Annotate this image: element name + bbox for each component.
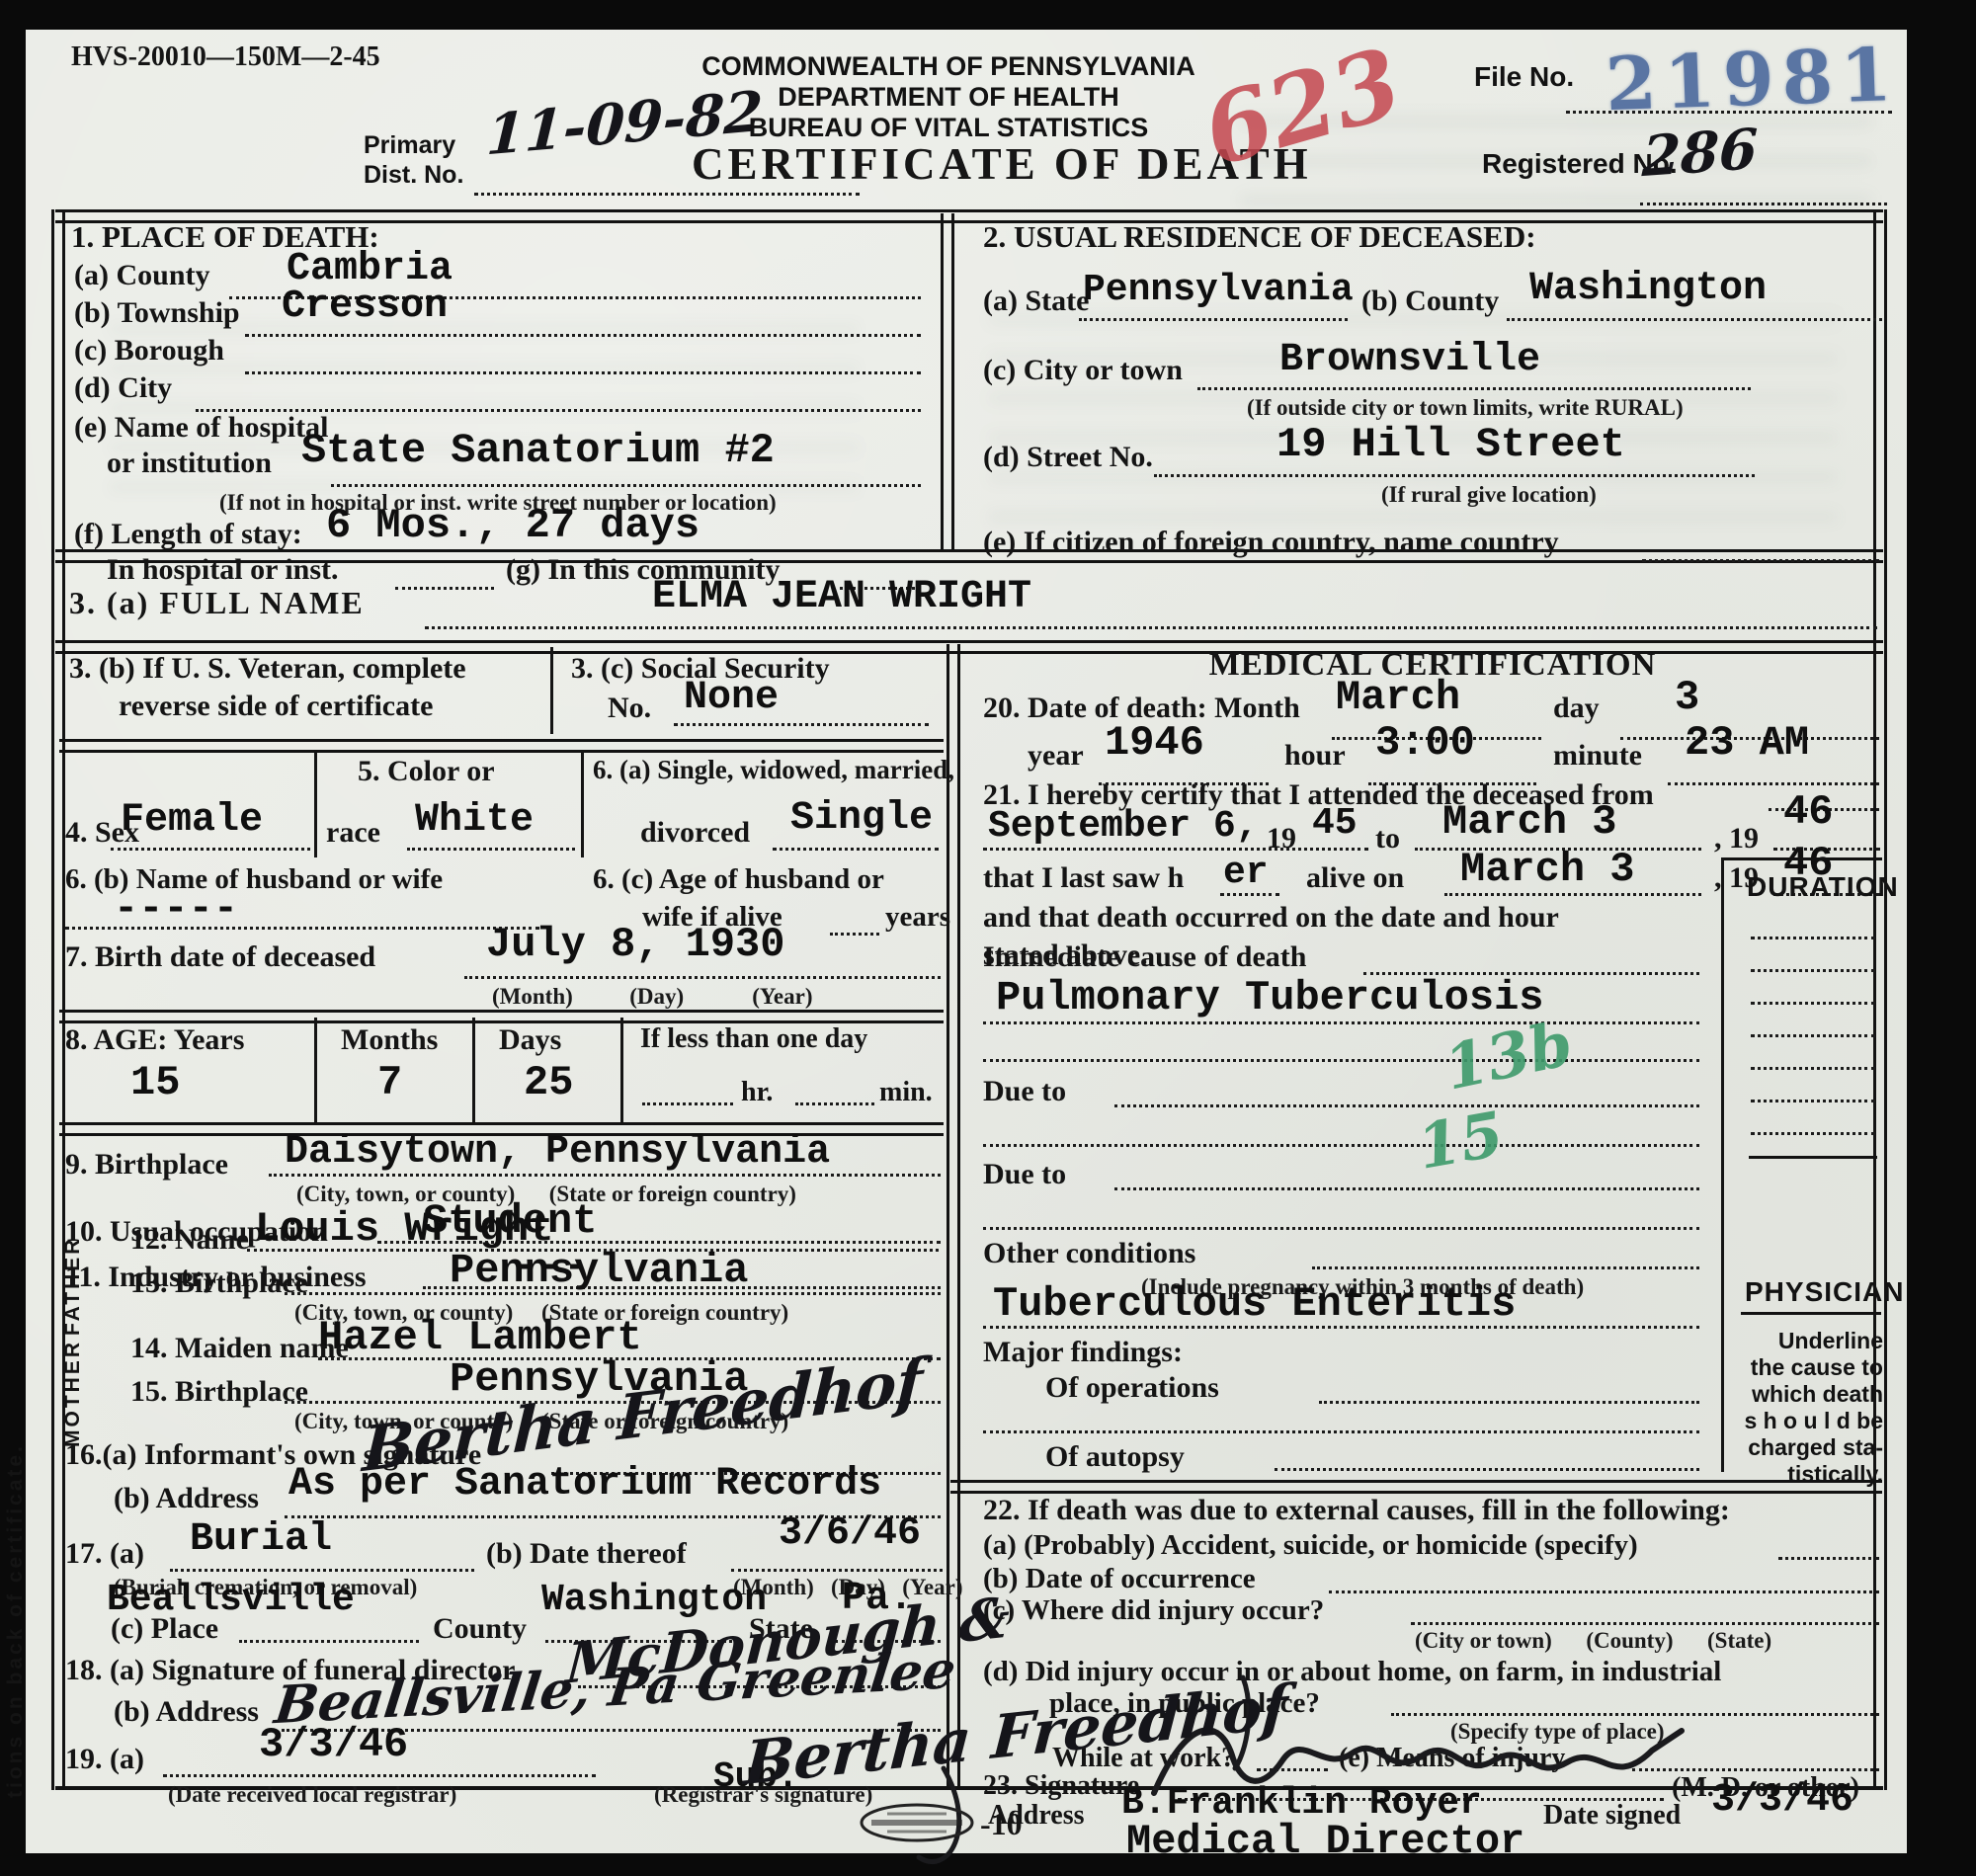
agency-block: COMMONWEALTH OF PENNSYLVANIA DEPARTMENT … — [692, 51, 1205, 143]
cell-divider — [314, 751, 317, 857]
duration-dotted-line — [1751, 937, 1875, 939]
veteran-label-2: reverse side of certificate — [119, 690, 433, 723]
file-no-stamp: 21981 — [1605, 33, 1901, 127]
left-border-rule — [51, 209, 65, 1790]
duration-dotted-line — [1751, 1034, 1875, 1037]
birthdate-label: 7. Birth date of deceased — [65, 940, 375, 974]
dotted-line — [983, 1227, 1699, 1230]
dotted-line — [65, 927, 539, 930]
dotted-line — [1391, 1713, 1879, 1716]
due-to-2-code: 15 — [1412, 1098, 1509, 1183]
birthplace-value: Daisytown, Pennsylvania — [285, 1130, 830, 1175]
dotted-line — [1220, 893, 1279, 896]
age-months-value: 7 — [377, 1059, 402, 1106]
dotted-line — [1507, 318, 1882, 321]
dotted-line — [1114, 1104, 1699, 1107]
age-hr-label: hr. — [741, 1077, 773, 1108]
s22-e-label: (e) Means of injury — [1339, 1743, 1565, 1774]
saw-line: that I last saw h — [983, 861, 1184, 895]
saw-value: March 3 — [1460, 846, 1634, 893]
scanned-death-certificate: HVS-20010—150M—2-45 Primary Dist. No. 11… — [0, 0, 1976, 1876]
s1-township-value: Cresson — [282, 285, 448, 329]
primary-dist-label-2: Dist. No. — [364, 161, 463, 190]
dotted-line — [642, 1102, 733, 1105]
father-birthplace-value: Pennsylvania — [450, 1247, 748, 1294]
dod-day-value: 3 — [1675, 674, 1699, 721]
immediate-cause-value: Pulmonary Tuberculosis — [996, 974, 1544, 1021]
s19-label: 19. (a) — [65, 1743, 144, 1776]
file-no-label: File No. — [1474, 61, 1574, 93]
age-label: 8. AGE: Years — [65, 1023, 244, 1057]
duration-dotted-line — [1751, 1067, 1875, 1070]
date-thereof-value: 3/6/46 — [779, 1511, 921, 1556]
s2-street-hint: (If rural give location) — [1381, 482, 1597, 508]
ssn-value: None — [684, 676, 779, 720]
right-border-rule — [1873, 209, 1887, 1790]
mother-maiden-label: 14. Maiden name — [130, 1332, 349, 1365]
medical-director-value: Medical Director — [1126, 1818, 1524, 1865]
s2-title: 2. USUAL RESIDENCE OF DECEASED: — [983, 219, 1536, 255]
s2-county-value: Washington — [1529, 267, 1767, 311]
s17-value: Burial — [190, 1517, 332, 1562]
age-husband-label: 6. (c) Age of husband or — [593, 863, 884, 896]
dotted-line — [1632, 1768, 1879, 1771]
s22-d-hint: (Specify type of place) — [1450, 1719, 1665, 1745]
dod-day-label: day — [1553, 692, 1600, 725]
duration-label: DURATION — [1747, 871, 1899, 903]
autopsy-label: Of autopsy — [1045, 1440, 1185, 1474]
dotted-line — [773, 848, 939, 851]
age-min-label: min. — [879, 1077, 933, 1108]
dotted-line — [425, 626, 1877, 629]
physician-label: PHYSICIAN — [1745, 1276, 1904, 1308]
dotted-line — [1319, 1401, 1699, 1404]
s22-c-hints: (City or town) (County) (State) — [1415, 1628, 1771, 1654]
date-thereof-label: (b) Date thereof — [486, 1537, 687, 1571]
s17-label: 17. (a) — [65, 1537, 144, 1571]
date-signed-value: 3/3/46 — [1711, 1778, 1853, 1823]
divorced-label: divorced — [640, 816, 750, 850]
dotted-line — [983, 1059, 1699, 1062]
mother-birthplace-label: 15. Birthplace — [130, 1375, 308, 1409]
father-group-label: FATHER — [61, 1217, 85, 1336]
birthplace-label: 9. Birthplace — [65, 1148, 228, 1182]
dotted-line — [464, 976, 941, 979]
s1-hospital-label-1: (e) Name of hospital — [74, 411, 328, 445]
registered-no-value: 286 — [1641, 117, 1759, 190]
dotted-line — [731, 1569, 943, 1572]
physician-underline — [1741, 1312, 1881, 1315]
marital-value: Single — [790, 796, 933, 841]
dod-year-value: 1946 — [1105, 719, 1204, 767]
age-months-label: Months — [341, 1023, 438, 1057]
s2-city-label: (c) City or town — [983, 354, 1183, 387]
to-label: to — [1375, 822, 1400, 856]
dotted-line — [239, 1640, 419, 1643]
row-divider — [950, 1480, 1882, 1494]
saw-er-value: er — [1223, 852, 1269, 894]
dod-month-value: March — [1336, 674, 1460, 721]
age-days-label: Days — [499, 1023, 561, 1057]
s1-stay-sub-label: In hospital or inst. — [107, 553, 339, 587]
s1-stay-label: (f) Length of stay: — [74, 518, 302, 551]
attended-to-year: 46 — [1783, 788, 1833, 836]
dod-hour-value: 3:00 — [1375, 719, 1475, 767]
dotted-line — [983, 1326, 1699, 1329]
age-husband-years: years — [885, 901, 950, 934]
attended-from-year: 45 — [1312, 802, 1358, 845]
father-name-label: 12. Name — [130, 1223, 249, 1257]
dotted-line — [163, 1774, 596, 1777]
veteran-label-1: 3. (b) If U. S. Veteran, complete — [69, 652, 466, 686]
mother-maiden-value: Hazel Lambert — [318, 1314, 642, 1361]
row-divider — [59, 739, 944, 753]
row-divider — [59, 1010, 944, 1023]
burial-county-label: County — [433, 1612, 527, 1646]
duration-box-top — [1721, 857, 1882, 860]
dotted-line — [1778, 1557, 1879, 1560]
dotted-line — [395, 587, 494, 590]
dotted-line — [1444, 893, 1701, 896]
s2-state-label: (a) State — [983, 285, 1089, 318]
s2-street-value: 19 Hill Street — [1276, 421, 1625, 468]
burial-place-label: (c) Place — [111, 1612, 218, 1646]
occurred-line-1: and that death occurred on the date and … — [983, 901, 1559, 935]
s1-hospital-label-2: or institution — [107, 447, 272, 480]
informant-address-label: (b) Address — [114, 1482, 259, 1515]
s1-city-label: (d) City — [74, 371, 172, 405]
dotted-line — [1312, 1266, 1699, 1269]
dotted-line — [269, 1174, 941, 1177]
primary-dist-label-1: Primary — [364, 131, 455, 160]
birthdate-value: July 8, 1930 — [486, 921, 784, 968]
dod-hour-label: hour — [1284, 739, 1346, 773]
s19-hint: (Date received local registrar) — [168, 1782, 456, 1808]
marital-label: 6. (a) Single, widowed, married, — [593, 755, 954, 785]
dod-minute-label: minute — [1553, 739, 1642, 773]
immediate-cause-label: Immediate cause of death — [983, 940, 1306, 974]
s1-county-label: (a) County — [74, 259, 210, 292]
dotted-line — [983, 1144, 1699, 1147]
center-divider-upper — [941, 213, 954, 549]
cell-divider — [620, 1018, 623, 1122]
dotted-line — [245, 334, 921, 337]
dotted-line — [674, 723, 929, 726]
funeral-address-label: (b) Address — [114, 1695, 259, 1729]
father-birthplace-label: 13. Birthplace — [130, 1266, 308, 1300]
fullname-value: ELMA JEAN WRIGHT — [652, 575, 1031, 619]
s22-title: 22. If death was due to external causes,… — [983, 1494, 1730, 1527]
due-to-1-label: Due to — [983, 1075, 1066, 1108]
form-number: HVS-20010—150M—2-45 — [71, 41, 380, 73]
birthdate-hints: (Month) (Day) (Year) — [492, 984, 813, 1010]
dotted-line — [1642, 559, 1879, 562]
cell-divider — [550, 647, 553, 734]
s22-a-label: (a) (Probably) Accident, suicide, or hom… — [983, 1529, 1638, 1562]
dotted-line — [983, 848, 1368, 851]
margin-note: tions on back of certificate. — [4, 1067, 28, 1798]
dotted-line — [331, 484, 921, 487]
race-label: race — [326, 816, 380, 850]
dotted-line — [1079, 318, 1348, 321]
cell-divider — [314, 1018, 317, 1122]
s2-street-label: (d) Street No. — [983, 441, 1153, 474]
cell-divider — [472, 1018, 475, 1122]
dotted-line — [1668, 782, 1879, 785]
dotted-line — [170, 1569, 474, 1572]
s2-state-value: Pennsylvania — [1083, 269, 1354, 311]
cell-divider — [581, 751, 584, 857]
dotted-line — [830, 933, 879, 936]
husband-value: ----- — [114, 885, 238, 933]
printed-19-b: , 19 — [1714, 822, 1759, 856]
attended-to-value: March 3 — [1442, 798, 1616, 846]
age-days-value: 25 — [524, 1059, 573, 1106]
s2-county-label: (b) County — [1361, 285, 1499, 318]
dotted-line — [983, 1430, 1699, 1433]
dotted-line — [474, 193, 860, 196]
mother-group-label: MOTHER — [61, 1329, 85, 1447]
dotted-line — [1197, 387, 1751, 390]
alive-on-label: alive on — [1306, 861, 1404, 895]
dotted-line — [111, 848, 310, 851]
fullname-label: 3. (a) FULL NAME — [69, 585, 365, 621]
s22-b-label: (b) Date of occurrence — [983, 1563, 1256, 1595]
s1-borough-label: (c) Borough — [74, 334, 224, 367]
informant-address-value: As per Sanatorium Records — [288, 1462, 881, 1507]
physician-note: Underline the cause to which death s h o… — [1735, 1328, 1883, 1488]
dod-year-label: year — [1028, 739, 1084, 773]
s22-c-label: (c) Where did injury occur? — [983, 1594, 1324, 1627]
dotted-line — [1154, 474, 1755, 477]
duration-solid-line — [1749, 1156, 1877, 1159]
operations-label: Of operations — [1045, 1371, 1219, 1405]
dotted-line — [795, 1102, 874, 1105]
dotted-line — [1640, 203, 1887, 205]
dotted-line — [983, 1021, 1699, 1024]
dotted-line — [407, 848, 575, 851]
duration-dotted-line — [1751, 1132, 1875, 1135]
dotted-line — [1257, 1768, 1328, 1771]
duration-dotted-line — [1751, 969, 1875, 972]
attended-from-value: September 6, — [988, 805, 1259, 848]
s1-hospital-value: State Sanatorium #2 — [301, 427, 775, 474]
agency-line-1: COMMONWEALTH OF PENNSYLVANIA — [692, 51, 1205, 82]
dod-minute-value: 23 AM — [1685, 719, 1809, 767]
other-conditions-value: Tuberculous Enteritis — [993, 1280, 1516, 1328]
document-title: CERTIFICATE OF DEATH — [692, 138, 1205, 190]
dotted-line — [1329, 1591, 1879, 1593]
age-less-label: If less than one day — [640, 1023, 867, 1055]
sex-value: Female — [121, 798, 263, 843]
dotted-line — [285, 1292, 941, 1295]
s1-township-label: (b) Township — [74, 296, 240, 330]
s1-stay-value: 6 Mos., 27 days — [326, 502, 700, 549]
duration-box-left — [1721, 857, 1724, 1472]
union-printer-stamp — [858, 1800, 976, 1845]
other-conditions-label: Other conditions — [983, 1237, 1195, 1270]
ssn-label-2: No. — [608, 692, 651, 725]
s23-signature-label: 23. Signature — [983, 1770, 1139, 1802]
plate-number: -10 — [980, 1806, 1023, 1842]
duration-dotted-line — [1751, 1100, 1875, 1102]
color-label: 5. Color or — [358, 755, 495, 788]
s2-foreign-label: (e) If citizen of foreign country, name … — [983, 526, 1559, 559]
date-signed-label: Date signed — [1543, 1800, 1681, 1832]
race-value: White — [415, 798, 534, 843]
age-years-value: 15 — [130, 1059, 180, 1106]
dotted-line — [245, 371, 921, 374]
due-to-2-label: Due to — [983, 1158, 1066, 1191]
dotted-line — [1114, 1187, 1699, 1190]
major-findings-label: Major findings: — [983, 1336, 1183, 1369]
s2-city-hint: (If outside city or town limits, write R… — [1247, 395, 1684, 421]
duration-dotted-line — [1751, 1002, 1875, 1005]
dotted-line — [1275, 1468, 1699, 1471]
dotted-line — [1411, 1622, 1879, 1625]
father-name-value: Louis Wright — [255, 1205, 553, 1253]
s19-value: 3/3/46 — [259, 1721, 408, 1768]
s22-d-label-1: (d) Did injury occur in or about home, o… — [983, 1656, 1721, 1688]
agency-line-2: DEPARTMENT OF HEALTH — [692, 82, 1205, 113]
s2-city-value: Brownsville — [1279, 338, 1540, 382]
